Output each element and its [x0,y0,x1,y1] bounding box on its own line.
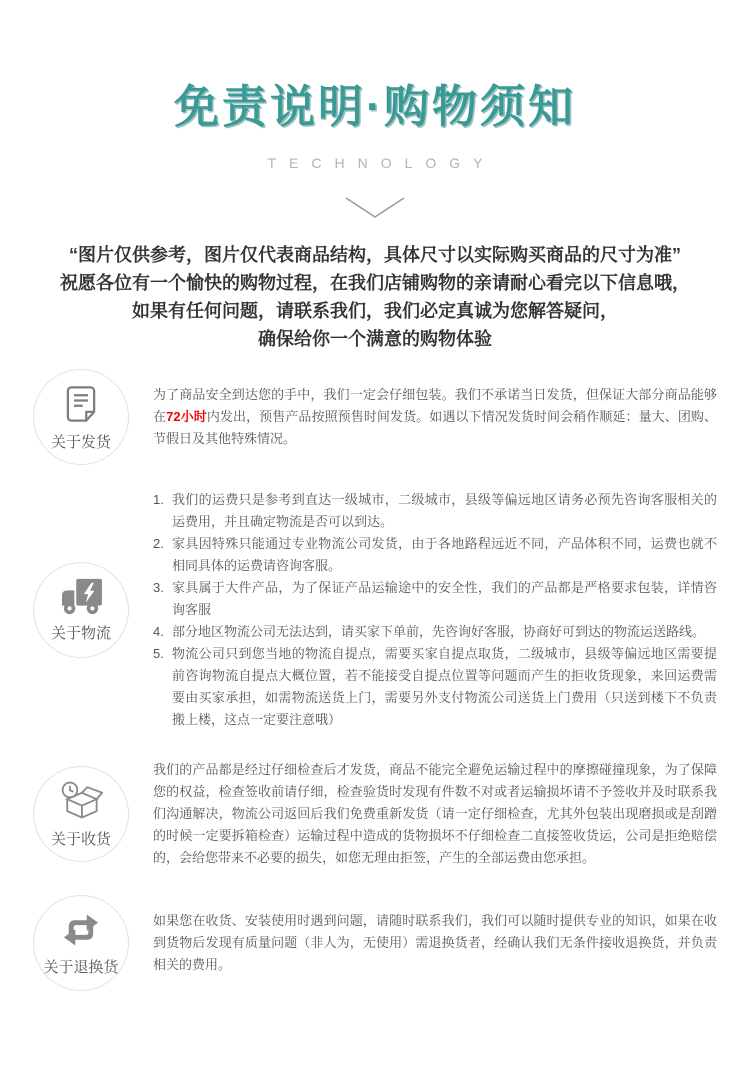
intro-line: 确保给你一个满意的购物体验 [0,325,750,353]
notice-sections: 关于发货 为了商品安全到达您的手中，我们一定会仔细包装。我们不承诺当日发货，但保… [0,369,750,991]
item-text: 家具因特殊只能通过专业物流公司发货，由于各地路程远近不同，产品体积不同，运费也就… [172,533,717,577]
chevron-down-icon [345,197,405,219]
section-label-returns: 关于退换货 [43,956,118,977]
item-text: 物流公司只到您当地的物流自提点，需要买家自提点取货，二级城市，县级等偏远地区需要… [172,643,717,731]
logistics-item: 1. 我们的运费只是参考到直达一级城市，二级城市，县级等偏远地区请务必预先咨询客… [153,489,717,533]
logistics-item: 3. 家具属于大件产品，为了保证产品运输途中的安全性，我们的产品都是严格要求包装… [153,577,717,621]
exchange-arrows-icon [59,909,103,951]
shipping-text: 为了商品安全到达您的手中，我们一定会仔细包装。我们不承诺当日发货，但保证大部分商… [153,384,717,450]
item-number: 2. [153,533,172,577]
item-text: 家具属于大件产品，为了保证产品运输途中的安全性，我们的产品都是严格要求包装，详情… [172,577,717,621]
item-number: 1. [153,489,172,533]
section-label-logistics: 关于物流 [51,622,111,643]
section-logistics: 关于物流 1. 我们的运费只是参考到直达一级城市，二级城市，县级等偏远地区请务必… [33,489,717,731]
receiving-text: 我们的产品都是经过仔细检查后才发货，商品不能完全避免运输过程中的摩擦碰撞现象，为… [153,759,717,869]
shipping-icon-badge: 关于发货 [33,369,129,465]
product-notice-page: 免责说明·购物须知 TECHNOLOGY “图片仅供参考，图片仅代表商品结构，具… [0,0,750,1079]
chevron-divider [0,197,750,219]
logistics-item: 2. 家具因特殊只能通过专业物流公司发货，由于各地路程远近不同，产品体积不同，运… [153,533,717,577]
shipping-highlight-72h: 72小时 [166,409,207,424]
item-number: 4. [153,621,172,643]
shipping-text-after: 内发出，预售产品按照预售时间发货。如遇以下情况发货时间会稍作顺延：量大、团购、节… [153,409,717,446]
intro-line: “图片仅供参考，图片仅代表商品结构，具体尺寸以实际购买商品的尺寸为准” [0,241,750,269]
logistics-item: 5. 物流公司只到您当地的物流自提点，需要买家自提点取货，二级城市，县级等偏远地… [153,643,717,731]
item-text: 我们的运费只是参考到直达一级城市，二级城市，县级等偏远地区请务必预先咨询客服相关… [172,489,717,533]
item-text: 部分地区物流公司无法达到，请买家下单前，先咨询好客服，协商好可到达的物流运送路线… [172,621,717,643]
returns-icon-badge: 关于退换货 [33,895,129,991]
logistics-item: 4. 部分地区物流公司无法达到，请买家下单前，先咨询好客服，协商好可到达的物流运… [153,621,717,643]
item-number: 3. [153,577,172,621]
logistics-icon-badge: 关于物流 [33,562,129,658]
section-receiving: 关于收货 我们的产品都是经过仔细检查后才发货，商品不能完全避免运输过程中的摩擦碰… [33,759,717,869]
intro-paragraph: “图片仅供参考，图片仅代表商品结构，具体尺寸以实际购买商品的尺寸为准” 祝愿各位… [0,241,750,353]
page-subtitle: TECHNOLOGY [0,155,750,171]
truck-icon [58,577,104,617]
item-number: 5. [153,643,172,731]
section-shipping: 关于发货 为了商品安全到达您的手中，我们一定会仔细包装。我们不承诺当日发货，但保… [33,369,717,465]
intro-line: 如果有任何问题，请联系我们，我们必定真诚为您解答疑问， [0,297,750,325]
logistics-list: 1. 我们的运费只是参考到直达一级城市，二级城市，县级等偏远地区请务必预先咨询客… [153,489,717,731]
receiving-icon-badge: 关于收货 [33,766,129,862]
section-label-shipping: 关于发货 [51,431,111,452]
section-returns: 关于退换货 如果您在收货、安装使用时遇到问题，请随时联系我们，我们可以随时提供专… [33,895,717,991]
document-icon [60,382,102,426]
page-title: 免责说明·购物须知 [0,0,750,135]
logistics-text: 1. 我们的运费只是参考到直达一级城市，二级城市，县级等偏远地区请务必预先咨询客… [153,489,717,731]
intro-line: 祝愿各位有一个愉快的购物过程，在我们店铺购物的亲请耐心看完以下信息哦， [0,269,750,297]
section-label-receiving: 关于收货 [51,828,111,849]
box-clock-icon [58,779,104,823]
returns-text: 如果您在收货、安装使用时遇到问题，请随时联系我们，我们可以随时提供专业的知识，如… [153,910,717,976]
